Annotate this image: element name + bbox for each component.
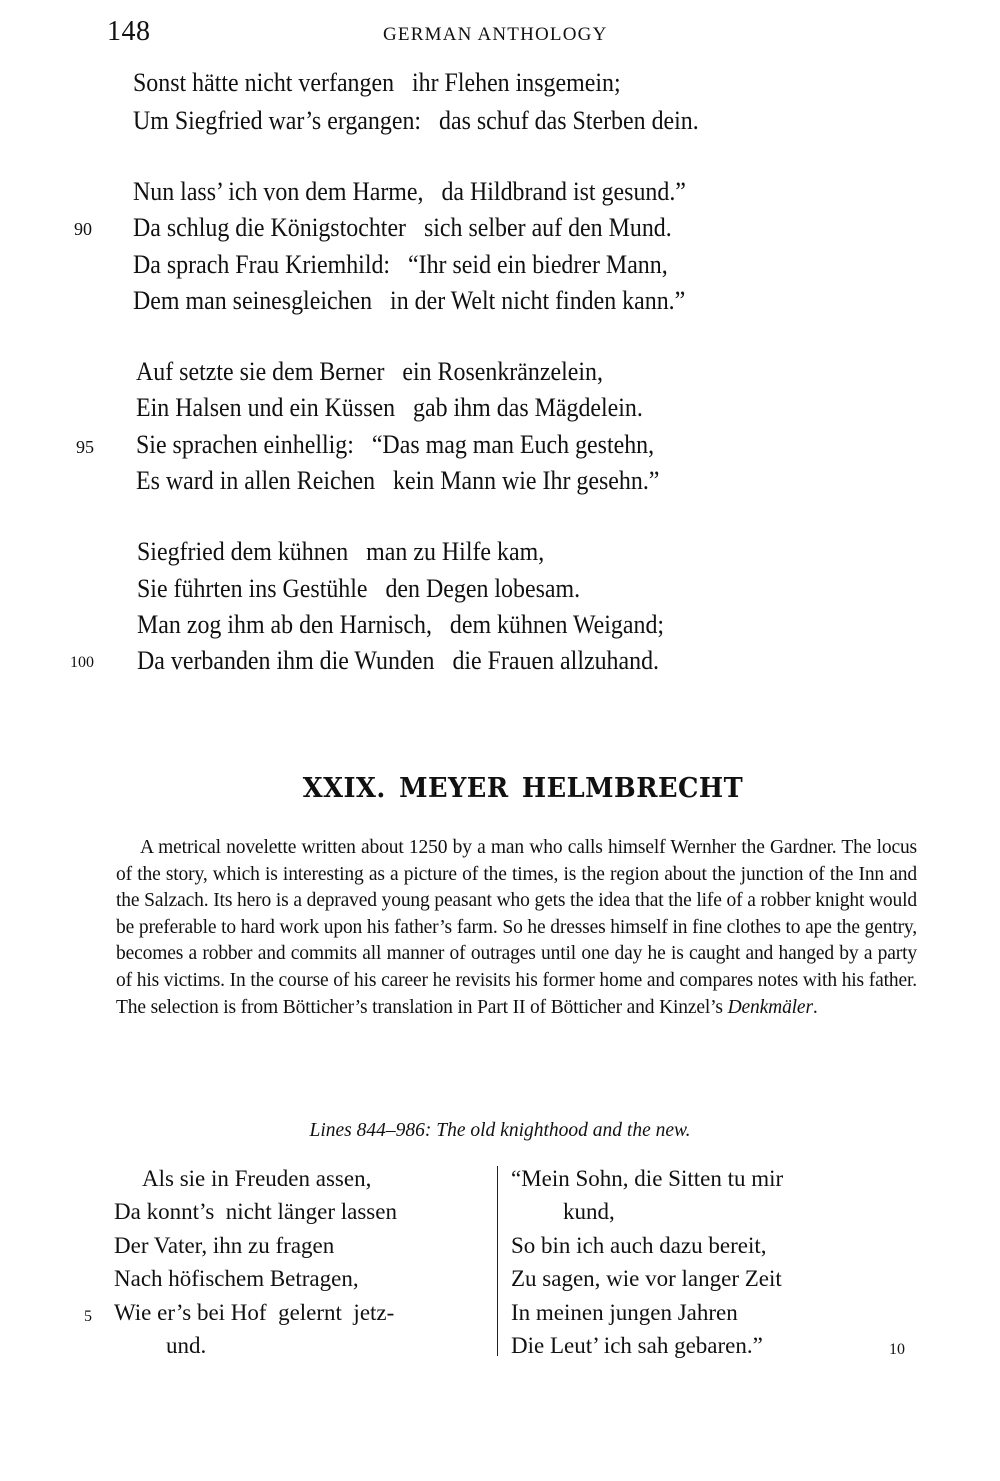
excerpt-caption: Lines 844–986: The old knighthood and th… xyxy=(0,1120,1000,1142)
verse-line: Ein Halsen und ein Küssen gab ihm das Mä… xyxy=(136,393,643,423)
excerpt-right-column: “Mein Sohn, die Sitten tu mir kund, So b… xyxy=(511,1162,891,1362)
verse-line: Der Vater, ihn zu fragen xyxy=(114,1229,494,1262)
verse-line: Man zog ihm ab den Harnisch, dem kühnen … xyxy=(137,610,664,640)
verse-line: Da verbanden ihm die Wunden die Frauen a… xyxy=(137,646,659,676)
line-number: 5 xyxy=(84,1308,92,1326)
section-title-word: HELMBRECHT xyxy=(522,773,743,804)
verse-line: Nun lass’ ich von dem Harme, da Hildbran… xyxy=(133,177,686,207)
verse-line: Es ward in allen Reichen kein Mann wie I… xyxy=(136,466,659,496)
verse-line: Dem man seinesgleichen in der Welt nicht… xyxy=(133,286,685,316)
running-head: 148 GERMAN ANTHOLOGY xyxy=(107,16,867,52)
line-number: 95 xyxy=(76,432,94,462)
page-number: 148 xyxy=(107,16,151,48)
running-title: GERMAN ANTHOLOGY xyxy=(383,24,608,46)
verse-line: Sonst hätte nicht verfangen ihr Flehen i… xyxy=(133,68,621,98)
verse-line: “Mein Sohn, die Sitten tu mir xyxy=(511,1162,891,1195)
section-title-word: MEYER xyxy=(399,773,509,804)
verse-line: Um Siegfried war’s ergangen: das schuf d… xyxy=(133,106,699,136)
verse-line: Da schlug die Königstochter sich selber … xyxy=(133,213,672,243)
line-number: 90 xyxy=(74,214,92,244)
section-title: XXIX.MEYERHELMBRECHT xyxy=(26,773,1000,804)
verse-line: Da konnt’s nicht länger lassen xyxy=(114,1195,494,1228)
verse-line: Siegfried dem kühnen man zu Hilfe kam, xyxy=(137,537,544,567)
verse-line: In meinen jungen Jahren xyxy=(511,1296,891,1329)
verse-line: Da sprach Frau Kriemhild: “Ihr seid ein … xyxy=(133,250,668,280)
intro-text: A metrical novelette written about 1250 … xyxy=(116,837,917,1018)
section-numeral: XXIX. xyxy=(303,773,386,804)
verse-line: und. xyxy=(114,1329,494,1362)
verse-line: So bin ich auch dazu bereit, xyxy=(511,1229,891,1262)
verse-line: Als sie in Freuden assen, xyxy=(114,1162,494,1195)
verse-line: kund, xyxy=(511,1195,891,1228)
verse-line: Die Leut’ ich sah gebaren.” xyxy=(511,1329,891,1362)
verse-line: Nach höfischem Betragen, xyxy=(114,1262,494,1295)
intro-italic-title: Denkmäler xyxy=(728,997,813,1018)
intro-end: . xyxy=(813,997,818,1018)
book-page: 148 GERMAN ANTHOLOGY Sonst hätte nicht v… xyxy=(0,0,1000,1481)
verse-line: Sie führten ins Gestühle den Degen lobes… xyxy=(137,574,580,604)
verse-line: Sie sprachen einhellig: “Das mag man Euc… xyxy=(136,430,654,460)
verse-line: Auf setzte sie dem Berner ein Rosenkränz… xyxy=(136,357,603,387)
verse-line: Zu sagen, wie vor langer Zeit xyxy=(511,1262,891,1295)
line-number: 100 xyxy=(70,648,94,678)
excerpt-left-column: Als sie in Freuden assen, Da konnt’s nic… xyxy=(114,1162,494,1362)
line-number: 10 xyxy=(889,1341,905,1359)
verse-line: Wie er’s bei Hof gelernt jetz- xyxy=(114,1296,494,1329)
section-introduction: A metrical novelette written about 1250 … xyxy=(116,835,917,1021)
column-divider xyxy=(497,1166,498,1356)
